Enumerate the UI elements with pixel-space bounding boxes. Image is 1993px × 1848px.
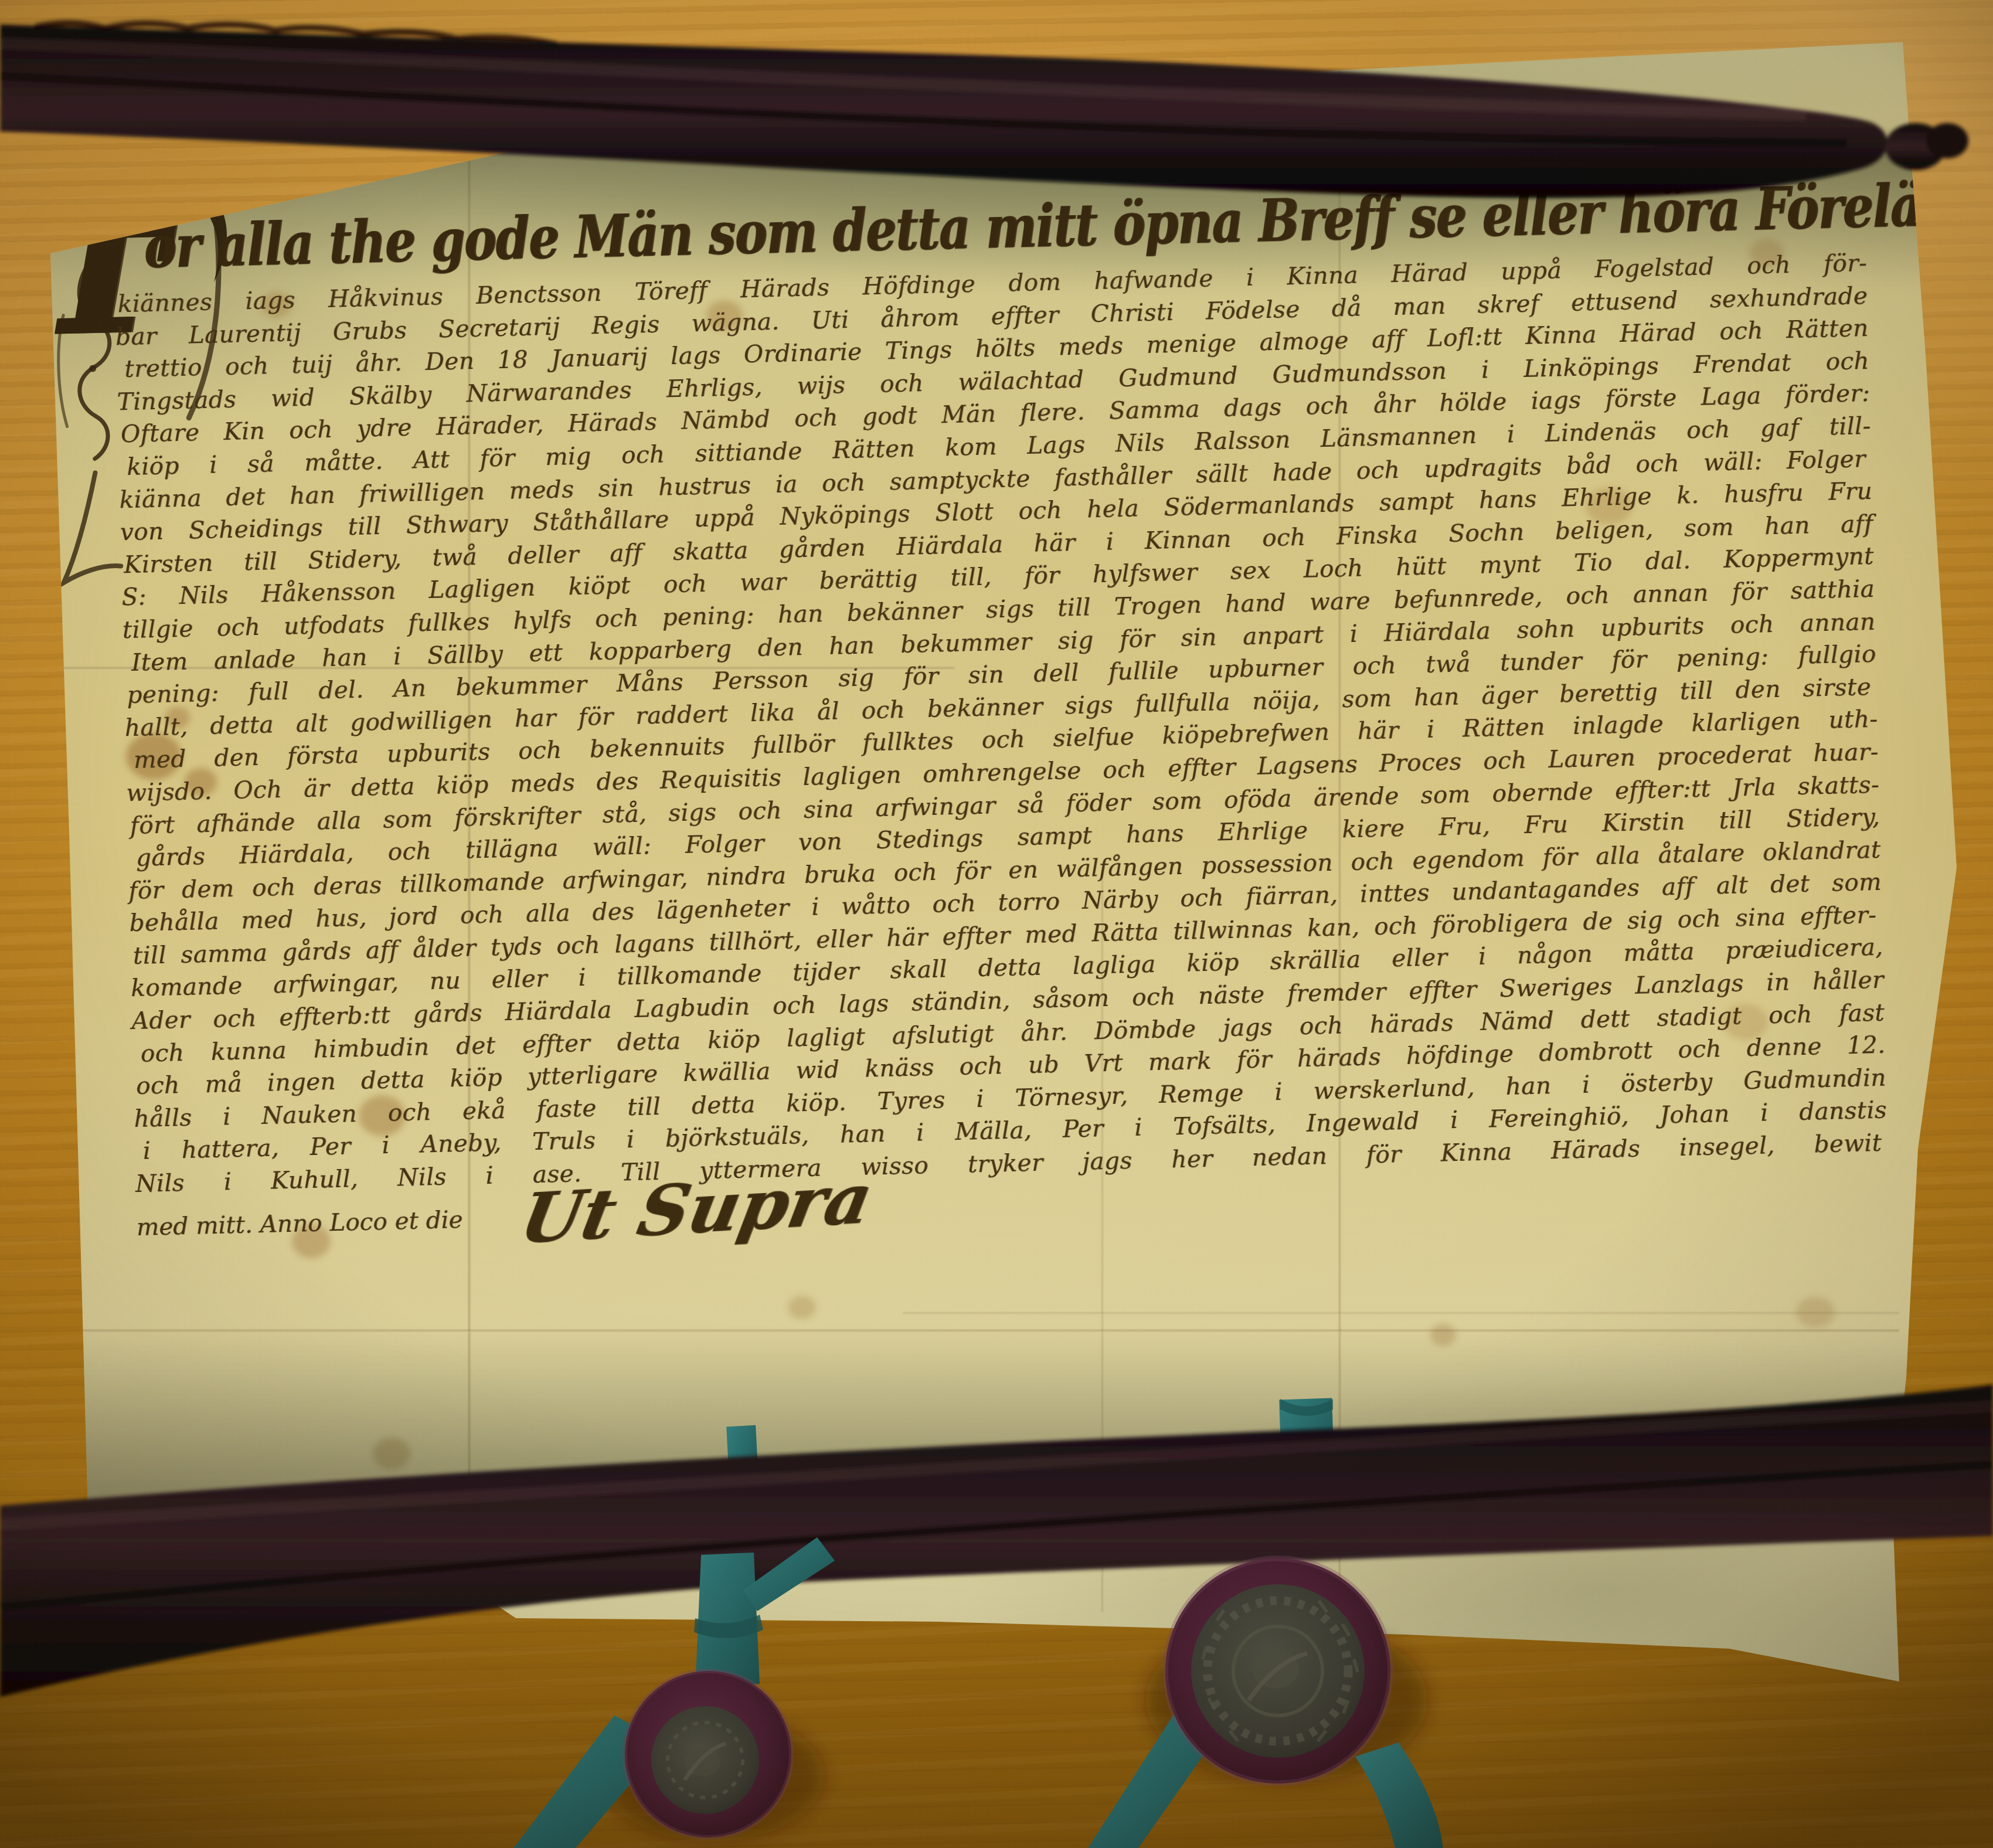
ut-supra-flourish: Ut Supra — [518, 1181, 873, 1236]
parchment-sheet: F ör alla the gode Män som detta mitt öp… — [0, 0, 1993, 1848]
ribbon-tail-right-b — [1355, 1742, 1443, 1848]
ribbon-tail-left — [513, 1715, 666, 1848]
roll-shadow-bottom — [41, 1331, 1975, 1507]
manuscript-lines: kiännes iags Håkvinus Benctsson Töreff H… — [114, 247, 1888, 1201]
manuscript-text: F ör alla the gode Män som detta mitt öp… — [113, 168, 1889, 1241]
photo-scene: F ör alla the gode Män som detta mitt öp… — [0, 0, 1993, 1848]
ribbon-tail-right-a — [1088, 1712, 1218, 1848]
